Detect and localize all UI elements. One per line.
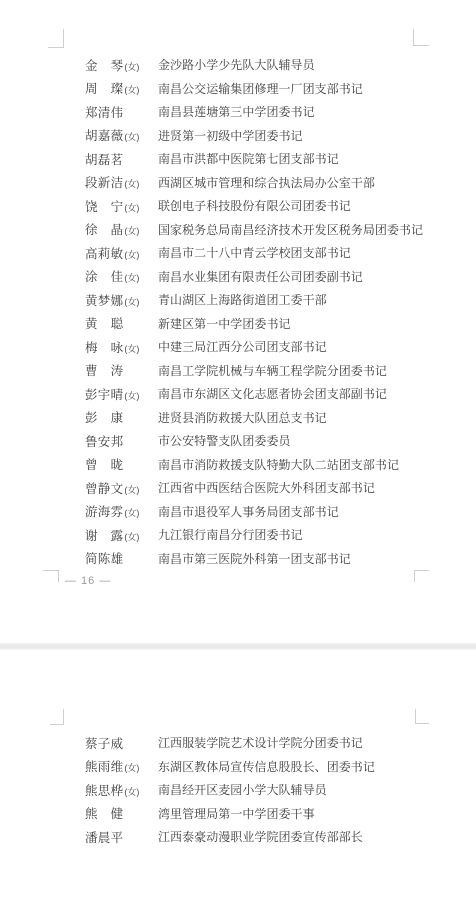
gender-note: (女) [124, 177, 139, 190]
person-name: 涂 佳 [85, 267, 123, 285]
roster-row: 谢 露 (女) 九江银行南昌分行团委书记 [85, 523, 460, 547]
person-title: 西湖区城市管理和综合执法局办公室干部 [158, 174, 375, 191]
roster-row: 高莉敏 (女) 南昌市二十八中青云学校团支部书记 [85, 241, 460, 265]
person-title: 江西服装学院艺术设计学院分团委书记 [158, 734, 363, 751]
roster-row: 黄梦娜 (女) 青山湖区上海路街道团工委干部 [85, 288, 460, 312]
crop-mark-top-left-icon [50, 709, 64, 725]
gender-note: (女) [124, 530, 139, 543]
person-title: 东湖区教体局宣传信息股股长、团委书记 [158, 758, 375, 775]
person-name: 曹 涛 [85, 361, 123, 379]
name-cell: 黄 聪 [85, 314, 158, 332]
person-title: 青山湖区上海路街道团工委干部 [158, 291, 327, 308]
person-name: 潘晨平 [85, 828, 123, 846]
person-title: 南昌工学院机械与车辆工程学院分团委书记 [158, 362, 387, 379]
gender-note: (女) [124, 295, 139, 308]
person-title: 南昌市二十八中青云学校团支部书记 [158, 244, 351, 261]
person-name: 金 琴 [85, 56, 123, 74]
person-name: 蔡子威 [85, 734, 123, 752]
name-cell: 胡磊茗 [85, 150, 158, 168]
name-cell: 梅 咏 (女) [85, 338, 158, 356]
person-name: 黄梦娜 [85, 291, 123, 309]
name-cell: 黄梦娜 (女) [85, 291, 158, 309]
roster-row: 胡磊茗 南昌市洪都中医院第七团支部书记 [85, 147, 460, 171]
person-title: 联创电子科技股份有限公司团委书记 [158, 197, 351, 214]
person-title: 南昌市消防救援支队特勤大队二站团支部书记 [158, 456, 399, 473]
name-cell: 谢 露 (女) [85, 526, 158, 544]
person-name: 黄 聪 [85, 314, 123, 332]
gender-note: (女) [124, 83, 139, 96]
person-name: 曾 昽 [85, 455, 123, 473]
person-name: 段新洁 [85, 173, 123, 191]
roster-row: 周 璨 (女) 南昌公交运输集团修理一厂团支部书记 [85, 77, 460, 101]
roster-row: 金 琴 (女) 金沙路小学少先队大队辅导员 [85, 53, 460, 77]
roster-row: 段新洁 (女) 西湖区城市管理和综合执法局办公室干部 [85, 171, 460, 195]
gender-note: (女) [124, 201, 139, 214]
person-name: 胡磊茗 [85, 150, 123, 168]
name-cell: 段新洁 (女) [85, 173, 158, 191]
person-name: 彭 康 [85, 408, 123, 426]
name-cell: 郑清伟 [85, 103, 158, 121]
name-cell: 徐 晶 (女) [85, 220, 158, 238]
name-cell: 潘晨平 [85, 828, 158, 846]
person-title: 国家税务总局南昌经济技术开发区税务局团委书记 [158, 221, 423, 238]
roster-row: 熊雨维 (女) 东湖区教体局宣传信息股股长、团委书记 [85, 755, 460, 779]
name-cell: 高莉敏 (女) [85, 244, 158, 262]
name-cell: 曹 涛 [85, 361, 158, 379]
roster-row: 涂 佳 (女) 南昌水业集团有限责任公司团委副书记 [85, 265, 460, 289]
roster-list-page-2: 蔡子威 江西服装学院艺术设计学院分团委书记 熊雨维 (女) 东湖区教体局宣传信息… [85, 731, 460, 849]
person-title: 南昌公交运输集团修理一厂团支部书记 [158, 80, 363, 97]
roster-row: 熊思桦 (女) 南昌经开区麦园小学大队辅导员 [85, 778, 460, 802]
person-title: 南昌市第三医院外科第一团支部书记 [158, 550, 351, 567]
name-cell: 游海雰 (女) [85, 502, 158, 520]
name-cell: 鲁安邦 [85, 432, 158, 450]
name-cell: 曾静文 (女) [85, 479, 158, 497]
person-title: 进贤县消防救援大队团总支书记 [158, 409, 327, 426]
name-cell: 彭宇晴 (女) [85, 385, 158, 403]
name-cell: 彭 康 [85, 408, 158, 426]
gender-note: (女) [124, 483, 139, 496]
person-name: 徐 晶 [85, 220, 123, 238]
name-cell: 曾 昽 [85, 455, 158, 473]
gender-note: (女) [124, 506, 139, 519]
roster-row: 黄 聪 新建区第一中学团委书记 [85, 312, 460, 336]
person-title: 南昌经开区麦园小学大队辅导员 [158, 781, 327, 798]
name-cell: 金 琴 (女) [85, 56, 158, 74]
gender-note: (女) [124, 60, 139, 73]
name-cell: 简陈雄 [85, 549, 158, 567]
roster-row: 曾 昽 南昌市消防救援支队特勤大队二站团支部书记 [85, 453, 460, 477]
gender-note: (女) [124, 389, 139, 402]
page-number: — 16 — [65, 575, 111, 587]
roster-row: 简陈雄 南昌市第三医院外科第一团支部书记 [85, 547, 460, 571]
person-name: 郑清伟 [85, 103, 123, 121]
person-name: 周 璨 [85, 79, 123, 97]
roster-row: 徐 晶 (女) 国家税务总局南昌经济技术开发区税务局团委书记 [85, 218, 460, 242]
person-name: 胡嘉薇 [85, 126, 123, 144]
roster-row: 鲁安邦 市公安特警支队团委委员 [85, 429, 460, 453]
name-cell: 熊 健 [85, 804, 158, 822]
person-name: 熊 健 [85, 804, 123, 822]
person-title: 进贤第一初级中学团委书记 [158, 127, 303, 144]
gender-note: (女) [124, 342, 139, 355]
name-cell: 熊雨维 (女) [85, 757, 158, 775]
roster-row: 彭 康 进贤县消防救援大队团总支书记 [85, 406, 460, 430]
roster-row: 熊 健 湾里管理局第一中学团委干事 [85, 802, 460, 826]
person-title: 九江银行南昌分行团委书记 [158, 526, 303, 543]
name-cell: 熊思桦 (女) [85, 781, 158, 799]
person-name: 鲁安邦 [85, 432, 123, 450]
roster-row: 彭宇晴 (女) 南昌市东湖区文化志愿者协会团支部副书记 [85, 382, 460, 406]
person-title: 南昌市洪都中医院第七团支部书记 [158, 150, 339, 167]
crop-mark-top-right-icon [413, 29, 429, 46]
person-title: 湾里管理局第一中学团委干事 [158, 805, 315, 822]
person-name: 简陈雄 [85, 549, 123, 567]
person-title: 市公安特警支队团委委员 [158, 432, 291, 449]
roster-row: 胡嘉薇 (女) 进贤第一初级中学团委书记 [85, 124, 460, 148]
person-name: 曾静文 [85, 479, 123, 497]
crop-mark-bottom-right-icon [414, 570, 429, 582]
person-name: 高莉敏 [85, 244, 123, 262]
name-cell: 周 璨 (女) [85, 79, 158, 97]
roster-row: 曾静文 (女) 江西省中西医结合医院大外科团支部书记 [85, 476, 460, 500]
roster-row: 曹 涛 南昌工学院机械与车辆工程学院分团委书记 [85, 359, 460, 383]
crop-mark-bottom-left-icon [43, 570, 59, 582]
page-divider [0, 643, 476, 650]
roster-list-page-1: 金 琴 (女) 金沙路小学少先队大队辅导员 周 璨 (女) 南昌公交运输集团修理… [85, 53, 460, 570]
roster-row: 潘晨平 江西泰豪动漫职业学院团委宣传部部长 [85, 825, 460, 849]
person-title: 江西泰豪动漫职业学院团委宣传部部长 [158, 828, 363, 845]
gender-note: (女) [124, 224, 139, 237]
name-cell: 蔡子威 [85, 734, 158, 752]
person-name: 熊雨维 [85, 757, 123, 775]
roster-row: 蔡子威 江西服装学院艺术设计学院分团委书记 [85, 731, 460, 755]
person-title: 新建区第一中学团委书记 [158, 315, 291, 332]
person-title: 南昌县莲塘第三中学团委书记 [158, 103, 315, 120]
person-name: 梅 咏 [85, 338, 123, 356]
person-title: 金沙路小学少先队大队辅导员 [158, 56, 315, 73]
gender-note: (女) [124, 785, 139, 798]
person-name: 熊思桦 [85, 781, 123, 799]
person-title: 南昌市退役军人事务局团支部书记 [158, 503, 339, 520]
person-name: 饶 宁 [85, 197, 123, 215]
name-cell: 胡嘉薇 (女) [85, 126, 158, 144]
person-title: 南昌水业集团有限责任公司团委副书记 [158, 268, 363, 285]
name-cell: 涂 佳 (女) [85, 267, 158, 285]
person-title: 中建三局江西分公司团支部书记 [158, 338, 327, 355]
name-cell: 饶 宁 (女) [85, 197, 158, 215]
gender-note: (女) [124, 130, 139, 143]
gender-note: (女) [124, 271, 139, 284]
document-viewport: 金 琴 (女) 金沙路小学少先队大队辅导员 周 璨 (女) 南昌公交运输集团修理… [0, 0, 476, 916]
roster-row: 饶 宁 (女) 联创电子科技股份有限公司团委书记 [85, 194, 460, 218]
person-name: 游海雰 [85, 502, 123, 520]
roster-row: 梅 咏 (女) 中建三局江西分公司团支部书记 [85, 335, 460, 359]
crop-mark-top-right-icon [415, 709, 429, 724]
crop-mark-top-left-icon [48, 29, 64, 48]
roster-row: 郑清伟 南昌县莲塘第三中学团委书记 [85, 100, 460, 124]
gender-note: (女) [124, 761, 139, 774]
person-name: 彭宇晴 [85, 385, 123, 403]
gender-note: (女) [124, 248, 139, 261]
roster-row: 游海雰 (女) 南昌市退役军人事务局团支部书记 [85, 500, 460, 524]
person-title: 江西省中西医结合医院大外科团支部书记 [158, 479, 375, 496]
person-title: 南昌市东湖区文化志愿者协会团支部副书记 [158, 385, 387, 402]
person-name: 谢 露 [85, 526, 123, 544]
